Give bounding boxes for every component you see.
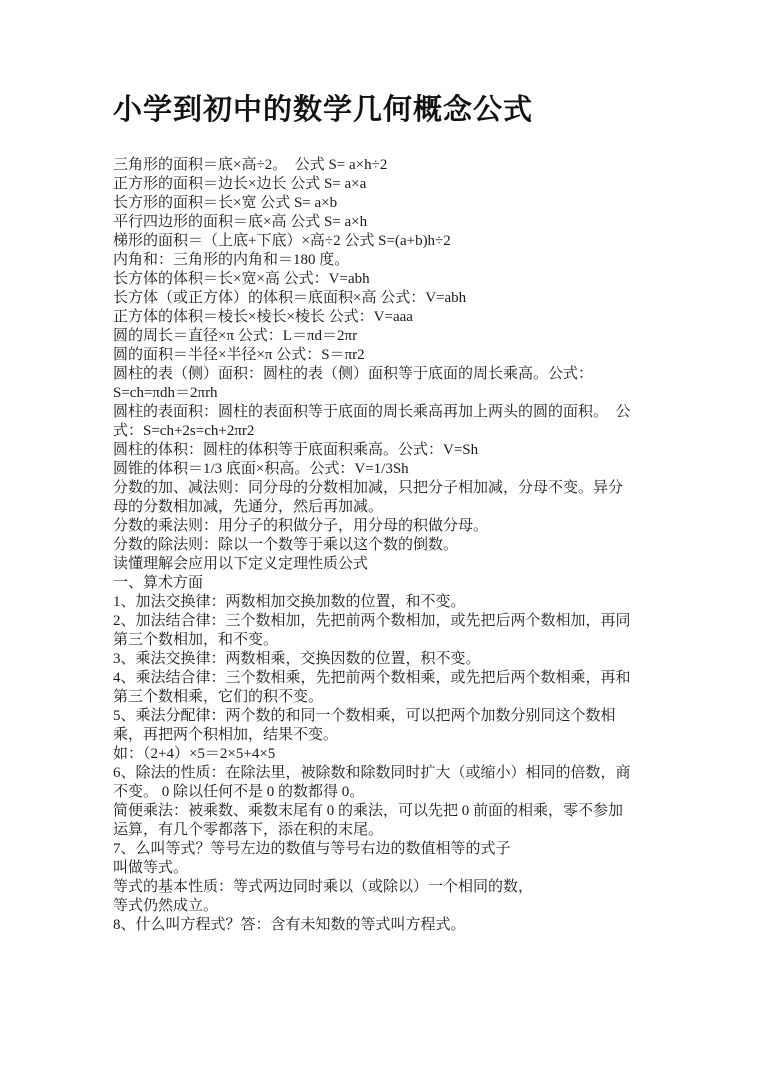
text-line: 不变。 0 除以任何不是 0 的数都得 0。 [113, 783, 673, 802]
text-line: 分数的加、减法则：同分母的分数相加减，只把分子相加减，分母不变。异分 [113, 479, 673, 498]
text-line: 6、除法的性质：在除法里，被除数和除数同时扩大（或缩小）相同的倍数，商 [113, 764, 673, 783]
text-line: 分数的除法则：除以一个数等于乘以这个数的倒数。 [113, 536, 673, 555]
document-page: 小学到初中的数学几何概念公式 三角形的面积＝底×高÷2。 公式 S= a×h÷2… [0, 0, 763, 1080]
text-line: 等式的基本性质：等式两边同时乘以（或除以）一个相同的数， [113, 878, 673, 897]
text-line: 圆柱的体积：圆柱的体积等于底面积乘高。公式：V=Sh [113, 441, 673, 460]
text-line: 长方体（或正方体）的体积＝底面积×高 公式：V=abh [113, 289, 673, 308]
text-line: 2、加法结合律：三个数相加，先把前两个数相加，或先把后两个数相加，再同 [113, 612, 673, 631]
text-line: 叫做等式。 [113, 859, 673, 878]
document-content: 小学到初中的数学几何概念公式 三角形的面积＝底×高÷2。 公式 S= a×h÷2… [113, 93, 673, 935]
text-line: 等式仍然成立。 [113, 897, 673, 916]
text-line: 式：S=ch+2s=ch+2πr2 [113, 422, 673, 441]
text-line: 圆锥的体积＝1/3 底面×积高。公式：V=1/3Sh [113, 460, 673, 479]
text-line: 第三个数相乘，它们的积不变。 [113, 688, 673, 707]
document-title: 小学到初中的数学几何概念公式 [113, 93, 673, 127]
text-line: 三角形的面积＝底×高÷2。 公式 S= a×h÷2 [113, 156, 673, 175]
text-line: 一、算术方面 [113, 574, 673, 593]
text-line: 长方体的体积＝长×宽×高 公式：V=abh [113, 270, 673, 289]
text-line: 如：（2+4）×5＝2×5+4×5 [113, 745, 673, 764]
text-line: 乘，再把两个积相加，结果不变。 [113, 726, 673, 745]
text-line: 简便乘法：被乘数、乘数末尾有 0 的乘法，可以先把 0 前面的相乘，零不参加 [113, 802, 673, 821]
text-line: 运算，有几个零都落下，添在积的末尾。 [113, 821, 673, 840]
text-line: S=ch=πdh＝2πrh [113, 384, 673, 403]
text-line: 梯形的面积＝（上底+下底）×高÷2 公式 S=(a+b)h÷2 [113, 232, 673, 251]
text-line: 第三个数相加，和不变。 [113, 631, 673, 650]
text-line: 长方形的面积＝长×宽 公式 S= a×b [113, 194, 673, 213]
text-line: 分数的乘法则：用分子的积做分子，用分母的积做分母。 [113, 517, 673, 536]
text-line: 8、什么叫方程式？答：含有未知数的等式叫方程式。 [113, 916, 673, 935]
text-line: 5、乘法分配律：两个数的和同一个数相乘，可以把两个加数分别同这个数相 [113, 707, 673, 726]
text-line: 正方体的体积＝棱长×棱长×棱长 公式：V=aaa [113, 308, 673, 327]
text-line: 3、乘法交换律：两数相乘，交换因数的位置，积不变。 [113, 650, 673, 669]
text-line: 4、乘法结合律：三个数相乘，先把前两个数相乘，或先把后两个数相乘，再和 [113, 669, 673, 688]
text-line: 圆柱的表（侧）面积：圆柱的表（侧）面积等于底面的周长乘高。公式： [113, 365, 673, 384]
text-line: 母的分数相加减，先通分，然后再加减。 [113, 498, 673, 517]
text-line: 圆的周长＝直径×π 公式：L＝πd＝2πr [113, 327, 673, 346]
document-body: 三角形的面积＝底×高÷2。 公式 S= a×h÷2 正方形的面积＝边长×边长 公… [113, 156, 673, 935]
text-line: 圆的面积＝半径×半径×π 公式：S＝πr2 [113, 346, 673, 365]
text-line: 平行四边形的面积＝底×高 公式 S= a×h [113, 213, 673, 232]
text-line: 1、加法交换律：两数相加交换加数的位置，和不变。 [113, 593, 673, 612]
text-line: 读懂理解会应用以下定义定理性质公式 [113, 555, 673, 574]
text-line: 内角和：三角形的内角和＝180 度。 [113, 251, 673, 270]
text-line: 7、么叫等式？等号左边的数值与等号右边的数值相等的式子 [113, 840, 673, 859]
text-line: 正方形的面积＝边长×边长 公式 S= a×a [113, 175, 673, 194]
text-line: 圆柱的表面积：圆柱的表面积等于底面的周长乘高再加上两头的圆的面积。 公 [113, 403, 673, 422]
